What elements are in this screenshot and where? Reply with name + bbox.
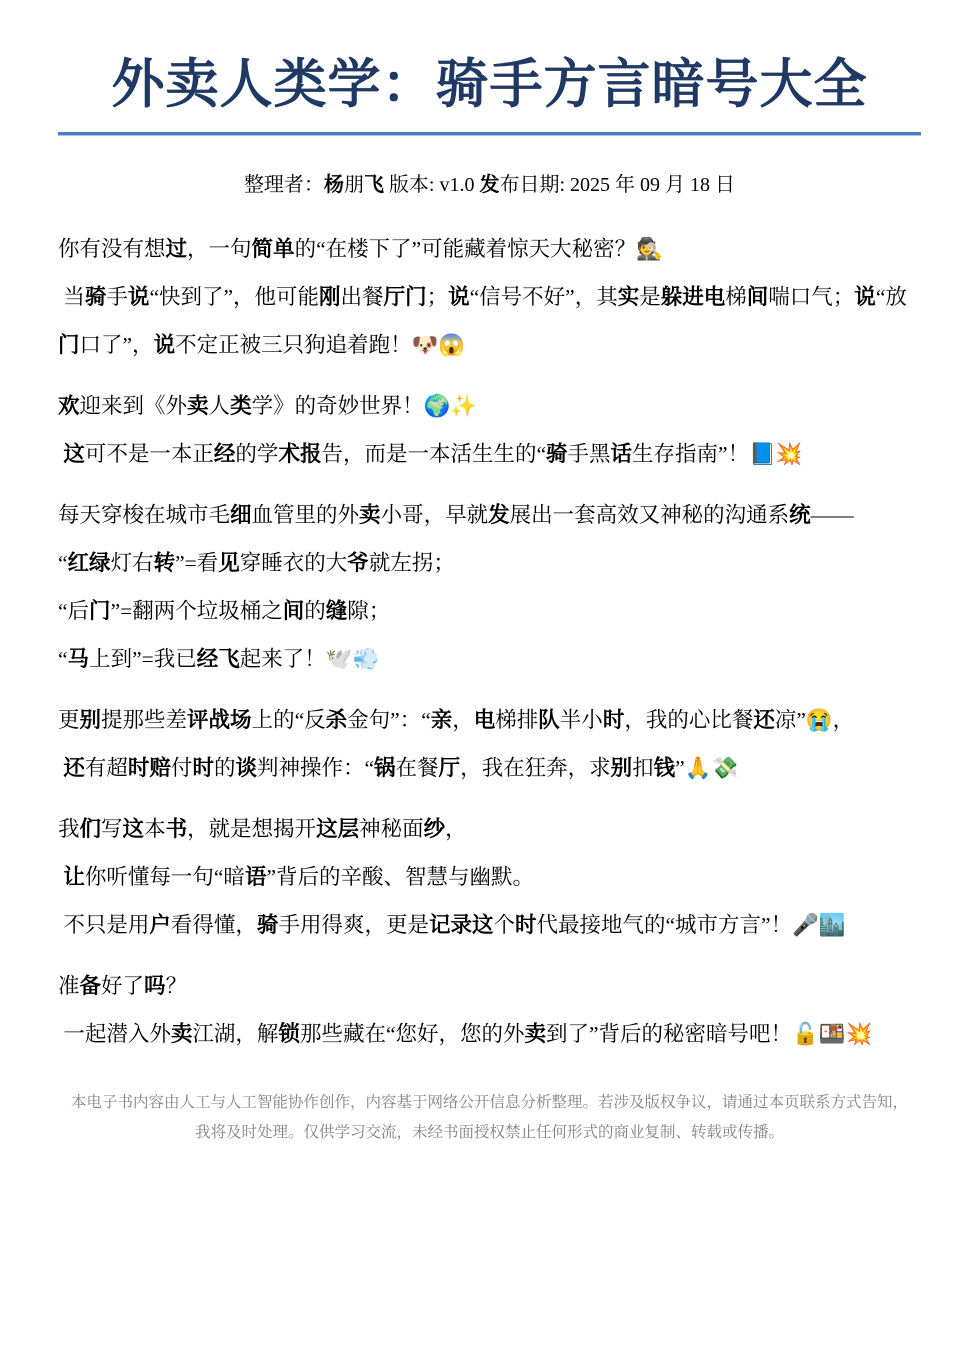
text-line: 一起潜入外卖江湖，解锁那些藏在“您好，您的外卖到了”背后的秘密暗号吧！🔓🍱💥: [58, 1010, 921, 1058]
text-line: 这可不是一本正经的学术报告，而是一本活生生的“骑手黑话生存指南”！📘💥: [58, 430, 921, 478]
text-line: 当骑手说“快到了”，他可能刚出餐厅门；说“信号不好”，其实是躲进电梯间喘口气；说…: [58, 273, 921, 321]
text-line: 让你听懂每一句“暗语”背后的辛酸、智慧与幽默。: [58, 853, 921, 901]
page-title: 外卖人类学：骑手方言暗号大全: [58, 54, 921, 116]
text-line: 每天穿梭在城市毛细血管里的外卖小哥，早就发展出一套高效又神秘的沟通系统——: [58, 491, 921, 539]
text-line: “后门”=翻两个垃圾桶之间的缝隙；: [58, 587, 921, 635]
paragraph-ready-call: 准备好了吗？ 一起潜入外卖江湖，解锁那些藏在“您好，您的外卖到了”背后的秘密暗号…: [58, 962, 921, 1058]
body-text: 你有没有想过，一句简单的“在楼下了”可能藏着惊天大秘密？🕵️ 当骑手说“快到了”…: [58, 225, 921, 1058]
text-line: 更别提那些差评战场上的“反杀金句”：“亲，电梯排队半小时，我的心比餐还凉”😭，: [58, 696, 921, 744]
title-block: 外卖人类学：骑手方言暗号大全: [58, 50, 921, 135]
paragraph-book-purpose: 我们写这本书，就是想揭开这层神秘面纱， 让你听懂每一句“暗语”背后的辛酸、智慧与…: [58, 805, 921, 949]
document-page: 外卖人类学：骑手方言暗号大全 整理者：杨朋飞 版本: v1.0 发布日期: 20…: [0, 0, 979, 1148]
text-line: 还有超时赔付时的谈判神操作：“锅在餐厅，我在狂奔，求别扣钱”🙏💸: [58, 744, 921, 792]
paragraph-welcome: 欢迎来到《外卖人类学》的奇妙世界！🌍✨ 这可不是一本正经的学术报告，而是一本活生…: [58, 382, 921, 478]
paragraph-intro-secret: 你有没有想过，一句简单的“在楼下了”可能藏着惊天大秘密？🕵️ 当骑手说“快到了”…: [58, 225, 921, 369]
text-line: 门口了”，说不定正被三只狗追着跑！🐶😱: [58, 321, 921, 369]
footer-disclaimer: 本电子书内容由人工与人工智能协作创作，内容基于网络公开信息分析整理。若涉及版权争…: [67, 1088, 912, 1148]
text-line: 准备好了吗？: [58, 962, 921, 1010]
text-line: 你有没有想过，一句简单的“在楼下了”可能藏着惊天大秘密？🕵️: [58, 225, 921, 273]
meta-line: 整理者：杨朋飞 版本: v1.0 发布日期: 2025 年 09 月 18 日: [58, 171, 921, 199]
text-line: “马上到”=我已经飞起来了！🕊️💨: [58, 635, 921, 683]
text-line: 不只是用户看得懂，骑手用得爽，更是记录这个时代最接地气的“城市方言”！🎤🏙️: [58, 901, 921, 949]
text-line: 我们写这本书，就是想揭开这层神秘面纱，: [58, 805, 921, 853]
text-line: 欢迎来到《外卖人类学》的奇妙世界！🌍✨: [58, 382, 921, 430]
paragraph-review-battle: 更别提那些差评战场上的“反杀金句”：“亲，电梯排队半小时，我的心比餐还凉”😭， …: [58, 696, 921, 792]
text-line: “红绿灯右转”=看见穿睡衣的大爷就左拐；: [58, 539, 921, 587]
paragraph-code-examples: 每天穿梭在城市毛细血管里的外卖小哥，早就发展出一套高效又神秘的沟通系统—— “红…: [58, 491, 921, 683]
